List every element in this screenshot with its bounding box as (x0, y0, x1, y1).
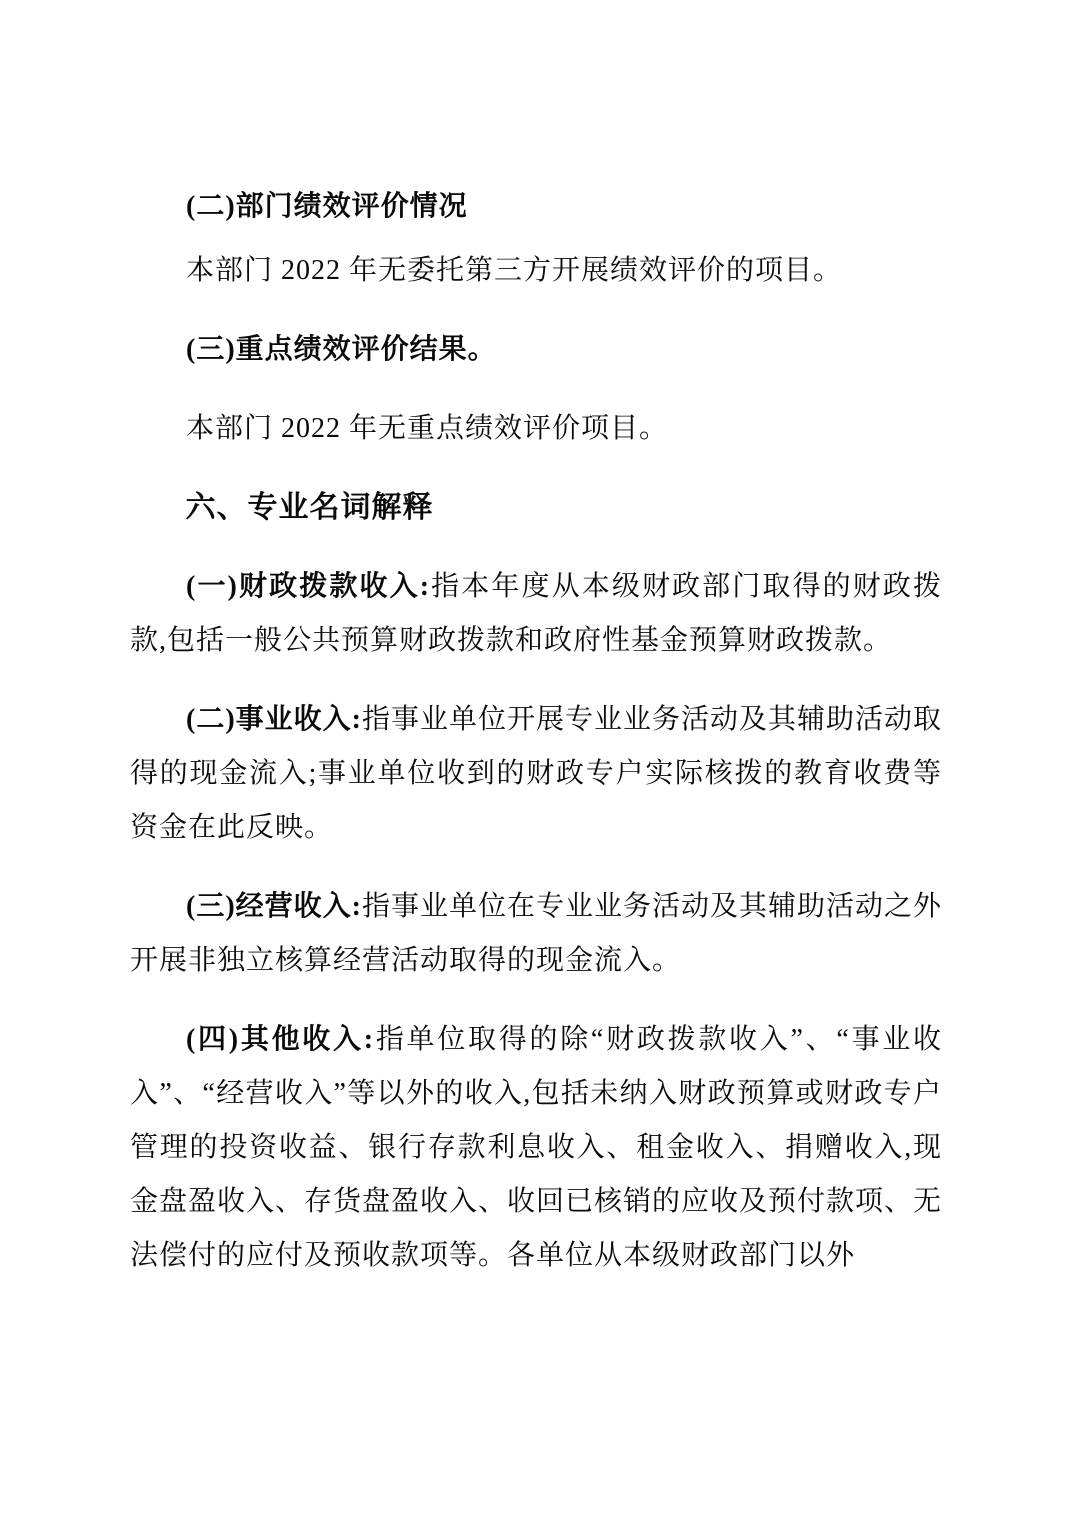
term-definition-operational-income: (二)事业收入:指事业单位开展专业业务活动及其辅助活动取得的现金流入;事业单位收… (130, 693, 942, 855)
paragraph-key-evaluation-results: 本部门 2022 年无重点绩效评价项目。 (130, 402, 942, 456)
paragraph-performance-evaluation: 本部门 2022 年无委托第三方开展绩效评价的项目。 (130, 244, 942, 298)
term-definition-business-income: (三)经营收入:指事业单位在专业业务活动及其辅助活动之外开展非独立核算经营活动取… (130, 880, 942, 988)
term-definition-other-income: (四)其他收入:指单位取得的除“财政拨款收入”、“事业收入”、“经营收入”等以外… (130, 1013, 942, 1283)
term-label: (四)其他收入: (186, 1024, 374, 1055)
term-label: (三)经营收入: (186, 891, 362, 922)
section-heading-terminology: 六、专业名词解释 (130, 481, 942, 535)
subsection-heading-key-evaluation-results: (三)重点绩效评价结果。 (130, 323, 942, 377)
subsection-heading-performance-evaluation: (二)部门绩效评价情况 (130, 180, 942, 234)
term-label: (二)事业收入: (186, 704, 362, 735)
document-page: (二)部门绩效评价情况 本部门 2022 年无委托第三方开展绩效评价的项目。 (… (0, 0, 1075, 1521)
term-text: 指单位取得的除“财政拨款收入”、“事业收入”、“经营收入”等以外的收入,包括未纳… (130, 1024, 942, 1271)
term-definition-fiscal-appropriation-income: (一)财政拨款收入:指本年度从本级财政部门取得的财政拨款,包括一般公共预算财政拨… (130, 560, 942, 668)
term-label: (一)财政拨款收入: (186, 571, 430, 602)
